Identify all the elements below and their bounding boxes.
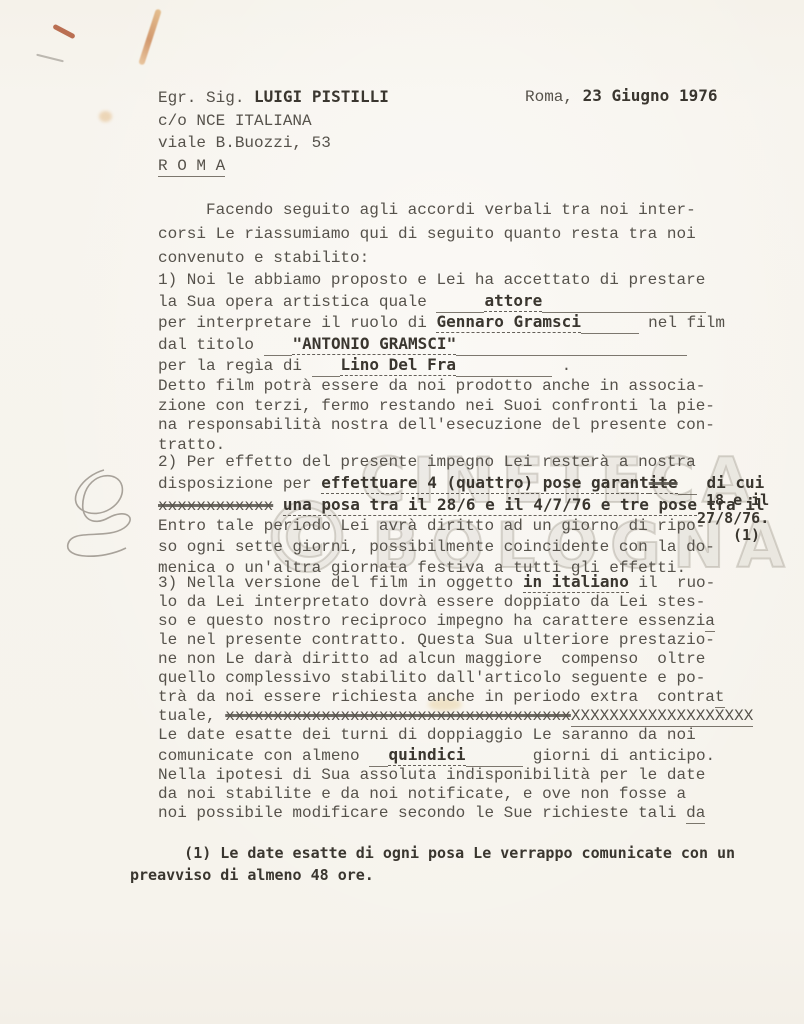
text-segment: attore [484, 291, 542, 312]
text-line: zione con terzi, fermo restando nei Suoi… [158, 397, 725, 417]
text-line: Facendo seguito agli accordi verbali tra… [158, 198, 696, 222]
text-line: Nella ipotesi di Sua assoluta indisponib… [158, 766, 753, 785]
text-segment: Gennaro Gramsci [436, 312, 581, 333]
text-segment: per la regìa di [158, 357, 312, 375]
text-segment: so e questo nostro reciproco impegno ha … [158, 612, 705, 630]
text-segment: a [705, 612, 715, 632]
text-segment: da [686, 804, 705, 824]
text-segment [456, 357, 552, 377]
text-line: na responsabilità nostra dell'esecuzione… [158, 416, 725, 436]
text-line: le nel presente contratto. Questa Sua ul… [158, 631, 753, 650]
text-line: da noi stabilite e da noi notificate, e … [158, 785, 753, 804]
text-segment: una posa tra il 28/6 e il 4/7/76 e tre p… [283, 495, 697, 516]
text-line: corsi Le riassumiamo qui di seguito quan… [158, 222, 696, 246]
text-segment: . [552, 357, 571, 375]
recipient-line2: c/o NCE ITALIANA [158, 110, 389, 133]
footnote: (1) Le date esatte di ogni posa Le verra… [130, 842, 735, 886]
text-segment: da noi stabilite e da noi notificate, e … [158, 785, 686, 803]
text-segment: disposizione per [158, 475, 321, 493]
text-segment: nel film [639, 314, 725, 332]
text-line: Detto film potrà essere da noi prodotto … [158, 377, 725, 397]
text-segment: Le date esatte dei turni di doppiaggio L… [158, 726, 696, 744]
recipient-line3: viale B.Buozzi, 53 [158, 132, 389, 155]
text-segment [678, 475, 697, 495]
text-line: trà da noi essere richiesta anche in per… [158, 688, 753, 707]
text-line: convenuto e stabilito: [158, 246, 696, 270]
text-segment: comunicate con almeno [158, 747, 369, 765]
text-segment: per interpretare il ruolo di [158, 314, 436, 332]
text-segment: quindici [388, 745, 465, 766]
text-segment [312, 357, 341, 377]
text-segment: trà da noi essere richiesta anche in per… [158, 688, 715, 706]
text-segment: "ANTONIO GRAMSCI" [292, 334, 456, 355]
text-segment: noi possibile modificare secondo le Sue … [158, 804, 686, 822]
text-segment: la Sua opera artistica quale [158, 293, 436, 311]
text-line: 1) Noi le abbiamo proposto e Lei ha acce… [158, 271, 725, 291]
text-segment: so ogni sette giorni, possibilmente coin… [158, 538, 715, 556]
text-segment [436, 293, 484, 313]
text-line: per la regìa di Lino Del Fra . [158, 355, 725, 377]
text-segment: convenuto e stabilito: [158, 249, 369, 267]
text-segment [273, 497, 283, 515]
text-segment [542, 293, 705, 313]
text-line: so e questo nostro reciproco impegno ha … [158, 612, 753, 631]
text-segment: xxxxxxxxxxxxxxxxxxxxxxxxxxxxxxxxxxxx [225, 707, 571, 725]
text-segment: zione con terzi, fermo restando nei Suoi… [158, 397, 715, 415]
text-segment: tuale, [158, 707, 225, 725]
text-segment: di cui [697, 473, 764, 492]
date-text: 23 Giugno 1976 [583, 86, 718, 105]
text-segment: na responsabilità nostra dell'esecuzione… [158, 416, 715, 434]
text-segment: Nella ipotesi di Sua assoluta indisponib… [158, 766, 705, 784]
text-segment: xxxxxxxxxxxx [158, 497, 273, 515]
section-clause1: 1) Noi le abbiamo proposto e Lei ha acce… [158, 271, 725, 455]
date-line: Roma, 23 Giugno 1976 [525, 86, 717, 106]
text-segment: 3) Nella versione del film in oggetto [158, 574, 523, 592]
text-segment: corsi Le riassumiamo qui di seguito quan… [158, 225, 696, 243]
text-segment: Lino Del Fra [340, 355, 456, 376]
text-line: tuale, xxxxxxxxxxxxxxxxxxxxxxxxxxxxxxxxx… [158, 707, 753, 726]
text-line: ne non Le darà diritto ad alcun maggiore… [158, 650, 753, 669]
text-segment: il ruo- [629, 574, 715, 592]
text-segment [456, 336, 686, 356]
text-segment: effettuare 4 (quattro) pose garant [321, 473, 649, 494]
recipient-city-text: R O M A [158, 157, 225, 177]
text-segment: Detto film potrà essere da noi prodotto … [158, 377, 705, 395]
section-intro: Facendo seguito agli accordi verbali tra… [158, 198, 696, 270]
text-segment: Entro tale periodo Lei avrà diritto ad u… [158, 517, 705, 535]
text-segment: tra il [697, 495, 764, 514]
text-segment: le nel presente contratto. Questa Sua ul… [158, 631, 715, 649]
text-line: per interpretare il ruolo di Gennaro Gra… [158, 312, 725, 334]
text-line: xxxxxxxxxxxx una posa tra il 28/6 e il 4… [158, 495, 764, 517]
text-line: dal titolo "ANTONIO GRAMSCI" [158, 334, 725, 356]
text-segment: ite [649, 473, 678, 494]
text-line: so ogni sette giorni, possibilmente coin… [158, 537, 764, 558]
text-line: 2) Per effetto del presente impegno Lei … [158, 452, 764, 473]
text-segment: in italiano [523, 572, 629, 593]
recipient-block: Egr. Sig. LUIGI PISTILLI c/o NCE ITALIAN… [158, 86, 389, 177]
text-segment: t [715, 688, 725, 708]
recipient-city: R O M A [158, 155, 389, 178]
footnote-line2: preavviso di almeno 48 ore. [130, 864, 735, 886]
place-text: Roma, [525, 88, 583, 106]
text-segment: 2) Per effetto del presente impegno Lei … [158, 453, 696, 471]
recipient-line1: Egr. Sig. LUIGI PISTILLI [158, 86, 389, 110]
text-segment [466, 747, 524, 767]
text-segment [264, 336, 293, 356]
text-line: quello complessivo stabilito dall'artico… [158, 669, 753, 688]
text-line: la Sua opera artistica quale attore [158, 291, 725, 313]
text-segment: Facendo seguito agli accordi verbali tra… [158, 201, 696, 219]
text-line: disposizione per effettuare 4 (quattro) … [158, 473, 764, 495]
text-line: 3) Nella versione del film in oggetto in… [158, 572, 753, 593]
text-line: Entro tale periodo Lei avrà diritto ad u… [158, 516, 764, 537]
text-line: noi possibile modificare secondo le Sue … [158, 804, 753, 823]
text-segment: lo da Lei interpretato dovrà essere dopp… [158, 593, 705, 611]
recipient-name: LUIGI PISTILLI [254, 87, 389, 106]
text-segment: XXXXXXXXXXXXXXXXXXX [571, 707, 753, 727]
text-segment: giorni di anticipo. [523, 747, 715, 765]
text-segment: 1) Noi le abbiamo proposto e Lei ha acce… [158, 271, 705, 289]
text-line: comunicate con almeno quindici giorni di… [158, 745, 753, 766]
footnote-line1: (1) Le date esatte di ogni posa Le verra… [130, 842, 735, 864]
text-segment: ne non Le darà diritto ad alcun maggiore… [158, 650, 705, 668]
text-segment: dal titolo [158, 336, 264, 354]
section-clause2: 2) Per effetto del presente impegno Lei … [158, 452, 764, 579]
text-line: Le date esatte dei turni di doppiaggio L… [158, 726, 753, 745]
text-segment: quello complessivo stabilito dall'artico… [158, 669, 705, 687]
text-line: lo da Lei interpretato dovrà essere dopp… [158, 593, 753, 612]
recipient-prefix: Egr. Sig. [158, 89, 254, 107]
text-segment [369, 747, 388, 767]
section-clause3: 3) Nella versione del film in oggetto in… [158, 572, 753, 823]
text-segment [581, 314, 639, 334]
